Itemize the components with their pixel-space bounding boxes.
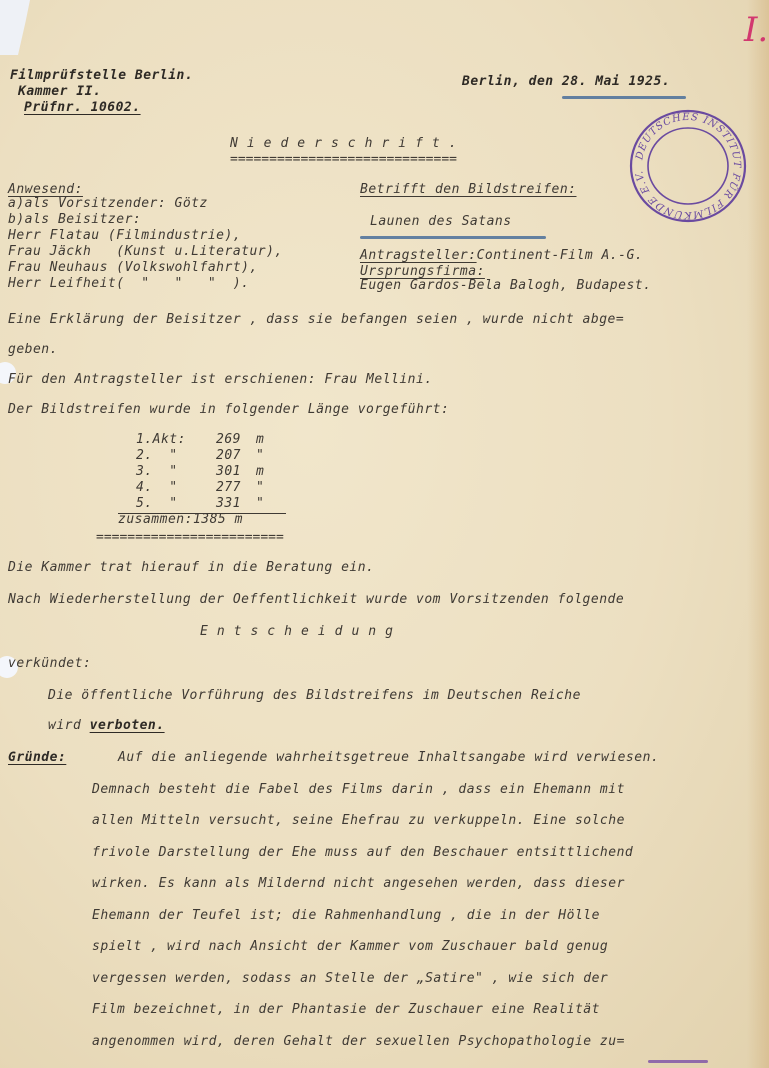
decision-heading: Entscheidung: [200, 624, 402, 639]
paragraph-deliberation: Die Kammer trat hierauf in die Beratung …: [8, 560, 374, 575]
reel-unit: m: [256, 464, 264, 479]
paragraph-impartiality-cont: geben.: [8, 342, 58, 357]
origin-label: Ursprungsfirma:: [360, 264, 485, 279]
reasons-line: Film bezeichnet, in der Phantasie der Zu…: [92, 1002, 600, 1017]
attendance-line: Herr Leifheit( " " " ).: [8, 276, 249, 291]
reasons-label: Gründe:: [8, 750, 66, 765]
margin-mark: I.: [744, 10, 768, 50]
film-title-underline-mark: [360, 236, 546, 239]
film-title: Launen des Satans: [370, 214, 512, 229]
applicant-name: Continent-Film A.-G.: [477, 248, 644, 263]
reel-length: 301: [216, 464, 256, 479]
attendance-heading: Anwesend:: [8, 182, 83, 197]
reel-act: 2. ": [136, 448, 216, 463]
torn-corner: [0, 0, 30, 55]
applicant-line: Antragsteller:Continent-Film A.-G.: [360, 248, 643, 263]
reasons-line: allen Mitteln versucht, seine Ehefrau zu…: [92, 813, 625, 828]
reel-act: 5. ": [136, 496, 216, 511]
reel-unit: ": [256, 480, 264, 495]
reel-length: 269: [216, 432, 256, 447]
attendance-line: b)als Beisitzer:: [8, 212, 141, 227]
ruling-verdict: verboten.: [90, 718, 165, 733]
reasons-line: vergessen werden, sodass an Stelle der „…: [92, 971, 608, 986]
ruling-line-1: Die öffentliche Vorführung des Bildstrei…: [48, 688, 581, 703]
reel-double-rule: ========================: [96, 530, 284, 545]
paragraph-applicant-present: Für den Antragsteller ist erschienen: Fr…: [8, 372, 433, 387]
reasons-line: angenommen wird, deren Gehalt der sexuel…: [92, 1034, 625, 1049]
institute-stamp-icon: DEUTSCHES INSTITUT FÜR FILMKUNDE E.V. ✳: [628, 108, 748, 224]
origin-company: Eugen Gardos-Bela Balogh, Budapest.: [360, 278, 651, 293]
paragraph-announced: verkündet:: [8, 656, 91, 671]
reel-act: 3. ": [136, 464, 216, 479]
reel-length: 277: [216, 480, 256, 495]
paragraph-reopening: Nach Wiederherstellung der Oeffentlichke…: [8, 592, 624, 607]
reel-act: 1.Akt:: [136, 432, 216, 447]
office-name: Filmprüfstelle Berlin.: [10, 68, 193, 83]
document-page: Filmprüfstelle Berlin. Kammer II. Prüfnr…: [0, 0, 769, 1068]
attendance-line: a)als Vorsitzender: Götz: [8, 196, 208, 211]
reasons-line: Auf die anliegende wahrheitsgetreue Inha…: [118, 750, 659, 765]
reel-total: zusammen:1385 m: [118, 512, 243, 527]
reel-row: 2. "207": [136, 448, 264, 463]
total-label: zusammen:: [118, 512, 193, 527]
reasons-line: wirken. Es kann als Mildernd nicht anges…: [92, 876, 625, 891]
place-date: Berlin, den 28. Mai 1925.: [462, 74, 670, 89]
total-value: 1385: [193, 512, 226, 527]
reel-length: 331: [216, 496, 256, 511]
subject-heading: Betrifft den Bildstreifen:: [360, 182, 577, 197]
attendance-line: Frau Neuhaus (Volkswohlfahrt),: [8, 260, 258, 275]
attendance-line: Frau Jäckh (Kunst u.Literatur),: [8, 244, 283, 259]
paragraph-impartiality: Eine Erklärung der Beisitzer , dass sie …: [8, 312, 624, 327]
title-rule: =============================: [230, 152, 457, 167]
reel-unit: ": [256, 496, 264, 511]
reel-row: 3. "301m: [136, 464, 264, 479]
ruling-prefix: wird: [48, 718, 90, 733]
reel-row: 4. "277": [136, 480, 264, 495]
purple-ink-mark: [648, 1060, 708, 1063]
chamber: Kammer II.: [18, 84, 101, 99]
ruling-line-2: wird verboten.: [48, 718, 165, 733]
reasons-line: Ehemann der Teufel ist; die Rahmenhandlu…: [92, 908, 600, 923]
reel-length: 207: [216, 448, 256, 463]
exam-number: Prüfnr. 10602.: [24, 100, 141, 115]
paragraph-screening: Der Bildstreifen wurde in folgender Läng…: [8, 402, 449, 417]
reasons-line: frivole Darstellung der Ehe muss auf den…: [92, 845, 633, 860]
reel-unit: m: [256, 432, 264, 447]
reel-act: 4. ": [136, 480, 216, 495]
reel-row: 1.Akt:269m: [136, 432, 264, 447]
paper-edge-shadow: [747, 0, 769, 1068]
reel-row: 5. "331": [136, 496, 264, 511]
reasons-line: Demnach besteht die Fabel des Films dari…: [92, 782, 625, 797]
total-unit: m: [235, 512, 243, 527]
reel-unit: ": [256, 448, 264, 463]
document-title: Niederschrift.: [230, 136, 466, 151]
applicant-label: Antragsteller:: [360, 248, 477, 263]
reasons-line: spielt , wird nach Ansicht der Kammer vo…: [92, 939, 608, 954]
attendance-line: Herr Flatau (Filmindustrie),: [8, 228, 241, 243]
date-underline-mark: [562, 96, 686, 99]
